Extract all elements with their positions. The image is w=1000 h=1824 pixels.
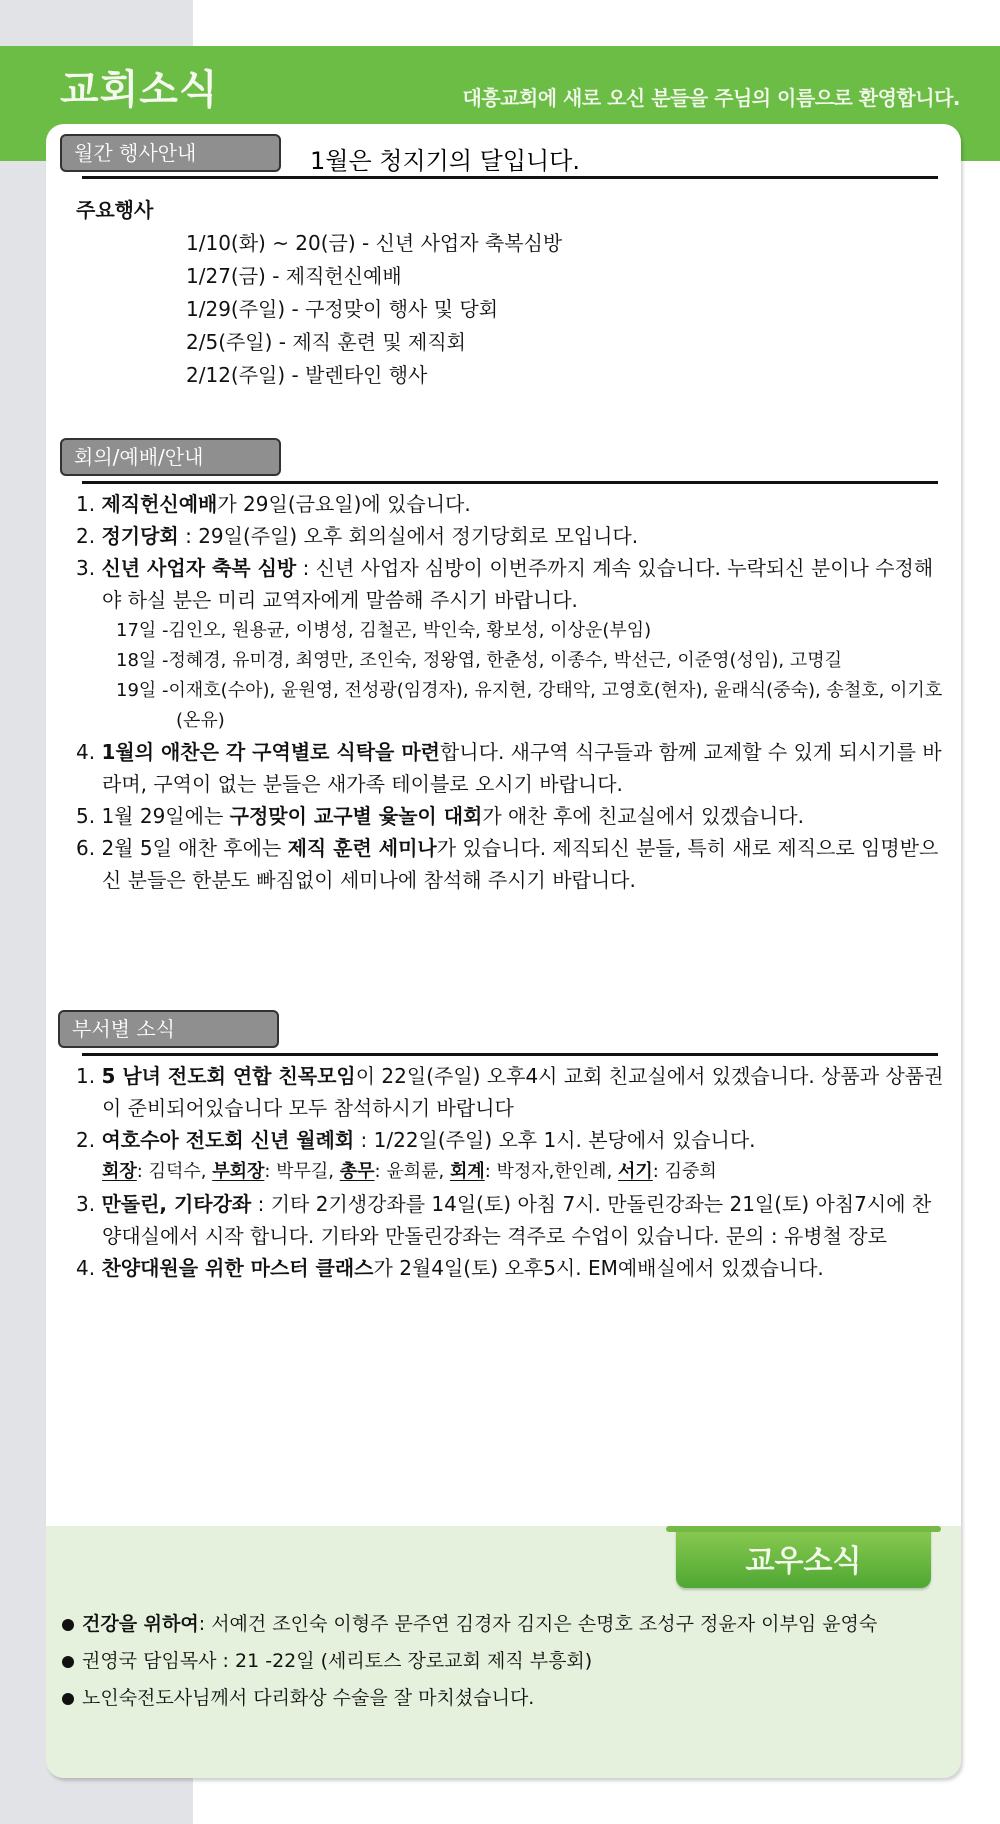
event-item: 1/29(주일) - 구정맞이 행사 및 당회 [186,293,562,326]
visit-day: 18일 -정혜경, 유미경, 최영만, 조인숙, 정왕엽, 한춘성, 이종수, … [116,646,946,676]
event-list: 1/10(화) ~ 20(금) - 신년 사업자 축복심방 1/27(금) - … [186,227,562,392]
event-item: 1/10(화) ~ 20(금) - 신년 사업자 축복심방 [186,227,562,260]
section-divider [82,481,938,484]
list-item: 4. 1월의 애찬은 각 구역별로 식탁을 마련합니다. 새구역 식구들과 함께… [76,736,946,800]
visit-day: 19일 -이재호(수아), 윤원영, 전성광(임경자), 유지현, 강태악, 고… [116,676,946,736]
list-item: 3. 만돌린, 기타강좌 : 기타 2기생강좌를 14일(토) 아침 7시. 만… [76,1188,946,1252]
bullet-item: 건강을 위하여: 서예건 조인숙 이형주 문주연 김경자 김지은 손명호 조성구… [62,1606,877,1643]
page-title: 교회소식 [60,58,219,115]
members-bullets: 건강을 위하여: 서예건 조인숙 이형주 문주연 김경자 김지은 손명호 조성구… [62,1606,877,1717]
event-item: 1/27(금) - 제직헌신예배 [186,260,562,293]
ribbon-label: 교우소식 [676,1536,931,1580]
list-item: 1. 5 남녀 전도회 연합 친목모임이 22일(주일) 오후4시 교회 친교실… [76,1060,946,1124]
visit-day: 17일 -김인오, 원용균, 이병성, 김철곤, 박인숙, 황보성, 이상운(부… [116,616,946,646]
bullet-icon [62,1693,74,1705]
meetings-list: 1. 제직헌신예배가 29일(금요일)에 있습니다. 2. 정기당회 : 29일… [76,488,946,896]
bullet-icon [62,1656,74,1668]
list-item: 2. 여호수아 전도회 신년 월례회 : 1/22일(주일) 오후 1시. 본당… [76,1124,946,1156]
list-item: 6. 2월 5일 애찬 후에는 제직 훈련 세미나가 있습니다. 제직되신 분들… [76,832,946,896]
section-divider [82,1053,938,1056]
list-item: 1. 제직헌신예배가 29일(금요일)에 있습니다. [76,488,946,520]
section-tab-departments: 부서별 소식 [58,1010,279,1048]
list-item: 5. 1월 29일에는 구정맞이 교구별 윷놀이 대회가 애찬 후에 친교실에서… [76,800,946,832]
section-divider [82,176,938,179]
members-ribbon: 교우소식 [676,1526,931,1588]
bullet-icon [62,1619,74,1631]
event-item: 2/5(주일) - 제직 훈련 및 제직회 [186,326,562,359]
monthly-headline: 1월은 청지기의 달입니다. [310,141,580,176]
news-card: 월간 행사안내 1월은 청지기의 달입니다. 주요행사 1/10(화) ~ 20… [46,124,961,1778]
officer-list: 회장: 김덕수, 부회장: 박무길, 총무: 윤희륜, 회계: 박정자,한인례,… [76,1156,946,1188]
events-subhead: 주요행사 [76,194,153,223]
event-item: 2/12(주일) - 발렌타인 행사 [186,359,562,392]
list-item: 2. 정기당회 : 29일(주일) 오후 회의실에서 정기당회로 모입니다. [76,520,946,552]
bullet-item: 노인숙전도사님께서 다리화상 수술을 잘 마치셨습니다. [62,1680,877,1717]
list-item: 3. 신년 사업자 축복 심방 : 신년 사업자 심방이 이번주까지 계속 있습… [76,552,946,616]
section-tab-monthly: 월간 행사안내 [60,134,281,172]
bullet-item: 권영국 담임목사 : 21 -22일 (세리토스 장로교회 제직 부흥회) [62,1643,877,1680]
list-item: 4. 찬양대원을 위한 마스터 클래스가 2월4일(토) 오후5시. EM예배실… [76,1252,946,1284]
departments-list: 1. 5 남녀 전도회 연합 친목모임이 22일(주일) 오후4시 교회 친교실… [76,1060,946,1284]
visit-schedule: 17일 -김인오, 원용균, 이병성, 김철곤, 박인숙, 황보성, 이상운(부… [76,616,946,736]
section-tab-meetings: 회의/예배/안내 [60,438,281,476]
page-subtitle: 대흥교회에 새로 오신 분들을 주님의 이름으로 환영합니다. [462,82,960,111]
